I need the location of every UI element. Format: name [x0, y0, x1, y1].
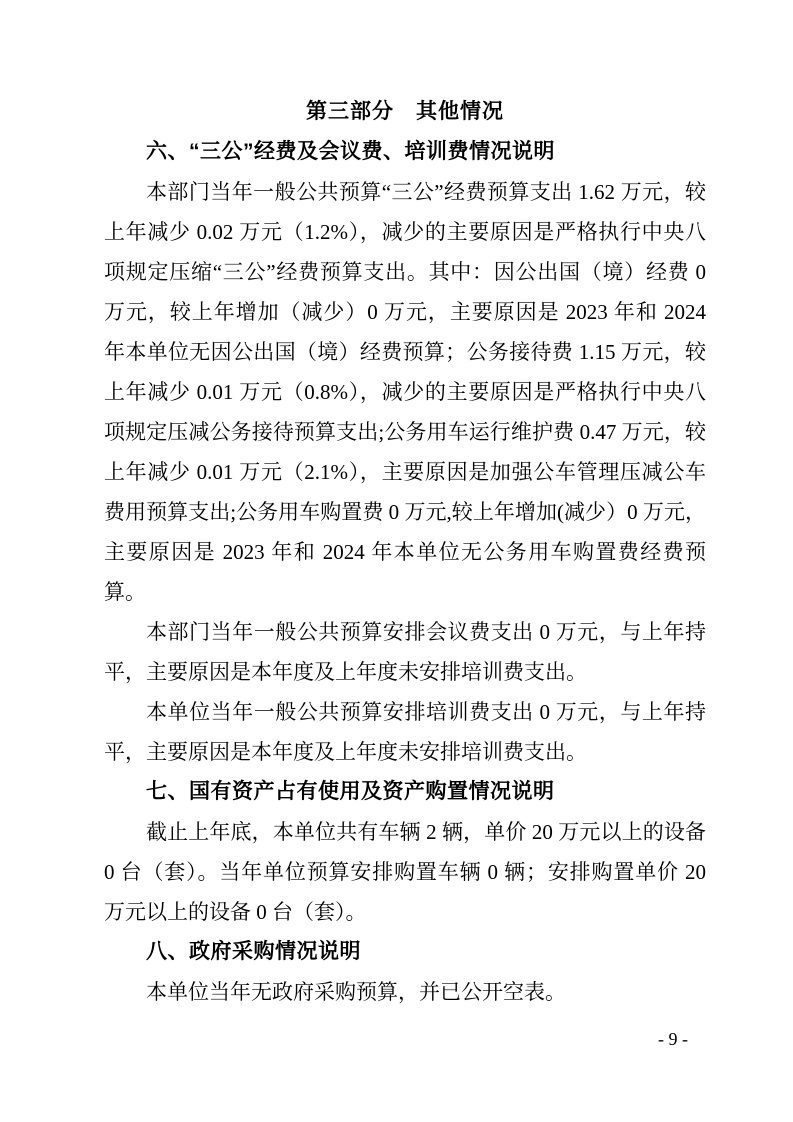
page-number: - 9 -	[640, 1028, 706, 1050]
paragraph-three-public-funds-detail: 本部门当年一般公共预算“三公”经费预算支出 1.62 万元，较上年减少 0.02…	[104, 172, 706, 612]
document-title: 第三部分 其他情况	[104, 92, 706, 132]
paragraph-meeting-fee: 本部门当年一般公共预算安排会议费支出 0 万元，与上年持平，主要原因是本年度及上…	[104, 612, 706, 692]
paragraph-state-owned-assets: 截止上年底，本单位共有车辆 2 辆，单价 20 万元以上的设备 0 台（套）。当…	[104, 812, 706, 932]
section-heading-three-public-funds: 六、“三公”经费及会议费、培训费情况说明	[104, 132, 706, 172]
document-page: 第三部分 其他情况 六、“三公”经费及会议费、培训费情况说明 本部门当年一般公共…	[0, 0, 793, 1122]
paragraph-government-procurement: 本单位当年无政府采购预算，并已公开空表。	[104, 972, 706, 1012]
section-heading-government-procurement: 八、政府采购情况说明	[104, 932, 706, 972]
section-heading-state-owned-assets: 七、国有资产占有使用及资产购置情况说明	[104, 772, 706, 812]
document-content: 第三部分 其他情况 六、“三公”经费及会议费、培训费情况说明 本部门当年一般公共…	[104, 92, 706, 1012]
paragraph-training-fee: 本单位当年一般公共预算安排培训费支出 0 万元，与上年持平，主要原因是本年度及上…	[104, 692, 706, 772]
